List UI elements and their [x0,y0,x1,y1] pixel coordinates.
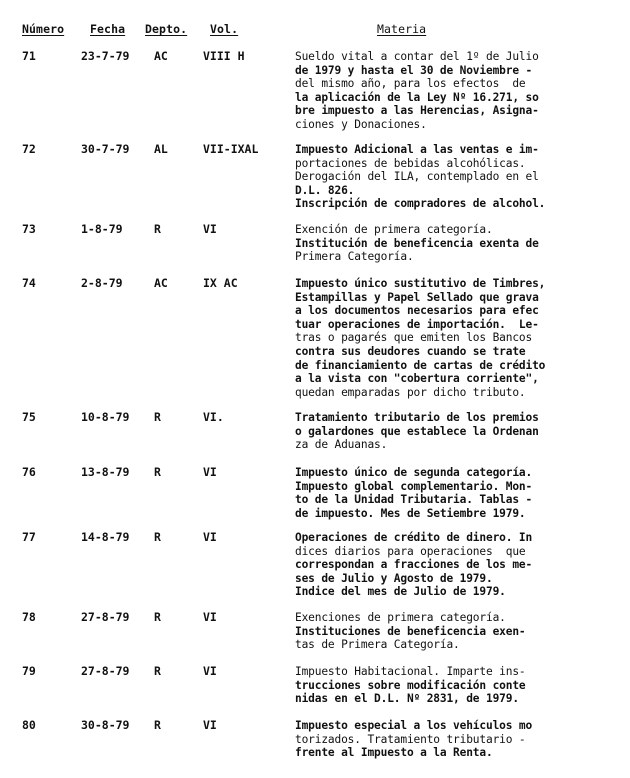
subject-line: de impuesto. Mes de Setiembre 1979. [295,507,625,521]
subject-line: Exenciones de primera categoría. [295,611,625,625]
entry-department: R [154,531,161,545]
entry-number: 77 [22,531,36,545]
entry-number: 71 [22,50,36,64]
subject-line: ciones y Donaciones. [295,118,625,132]
entry-volume: VI [203,466,217,480]
subject-line: correspondan a fracciones de los me- [295,558,625,572]
header-materia: Materia [377,22,426,36]
entry-subject: Impuesto único sustitutivo de Timbres,Es… [295,277,625,399]
entry-department: R [154,665,161,679]
subject-line: contra sus deudores cuando se trate [295,345,625,359]
subject-line: ses de Julio y Agosto de 1979. [295,572,625,586]
entry-date: 1-8-79 [81,223,123,237]
subject-line: quedan emparadas por dicho tributo. [295,386,625,400]
subject-line: Institución de beneficencia exenta de [295,237,625,251]
subject-line: Instituciones de beneficencia exen- [295,625,625,639]
subject-line: Impuesto global complementario. Mon- [295,480,625,494]
entry-date: 23-7-79 [81,50,129,64]
entry-department: R [154,611,161,625]
subject-line: nidas en el D.L. Nº 2831, de 1979. [295,692,625,706]
subject-line: Derogación del ILA, contemplado en el [295,170,625,184]
entry-department: R [154,466,161,480]
entry-volume: VI [203,665,217,679]
subject-line: a la vista con "cobertura corriente", [295,372,625,386]
entry-subject: Impuesto único de segunda categoría.Impu… [295,466,625,520]
subject-line: Tratamiento tributario de los premios [295,411,625,425]
entry-volume: VI. [203,411,224,425]
entry-subject: Impuesto Habitacional. Imparte ins-trucc… [295,665,625,706]
subject-line: tas de Primera Categoría. [295,638,625,652]
header-depto: Depto. [145,22,187,36]
entry-subject: Impuesto especial a los vehículos motori… [295,719,625,760]
entry-department: R [154,411,161,425]
entry-number: 78 [22,611,36,625]
entry-subject: Impuesto Adicional a las ventas e im-por… [295,143,625,211]
entry-department: AC [154,277,168,291]
entry-volume: VI [203,611,217,625]
subject-line: de financiamiento de cartas de crédito [295,359,625,373]
subject-line: Indice del mes de Julio de 1979. [295,585,625,599]
entry-subject: Sueldo vital a contar del 1º de Juliode … [295,50,625,132]
entry-department: R [154,223,161,237]
subject-line: Impuesto especial a los vehículos mo [295,719,625,733]
subject-line: la aplicación de la Ley Nº 16.271, so [295,91,625,105]
entry-number: 80 [22,719,36,733]
entry-number: 76 [22,466,36,480]
subject-line: dices diarios para operaciones que [295,545,625,559]
subject-line: del mismo año, para los efectos de [295,77,625,91]
entry-subject: Exención de primera categoría.Institució… [295,223,625,264]
subject-line: torizados. Tratamiento tributario - [295,733,625,747]
entry-volume: VI [203,719,217,733]
document-page: Número Fecha Depto. Vol. Materia 7123-7-… [0,0,630,778]
entry-number: 79 [22,665,36,679]
entry-subject: Tratamiento tributario de los premioso g… [295,411,625,452]
entry-date: 10-8-79 [81,411,129,425]
entry-date: 14-8-79 [81,531,129,545]
entry-date: 27-8-79 [81,611,129,625]
entry-number: 73 [22,223,36,237]
entry-subject: Exenciones de primera categoría.Instituc… [295,611,625,652]
subject-line: o galardones que establece la Ordenan [295,425,625,439]
subject-line: tras o pagarés que emiten los Bancos [295,331,625,345]
entry-date: 2-8-79 [81,277,123,291]
subject-line: frente al Impuesto a la Renta. [295,746,625,760]
subject-line: tuar operaciones de importación. Le- [295,318,625,332]
entry-subject: Operaciones de crédito de dinero. Indice… [295,531,625,599]
subject-line: portaciones de bebidas alcohólicas. [295,157,625,171]
entry-date: 30-7-79 [81,143,129,157]
entry-number: 75 [22,411,36,425]
subject-line: Exención de primera categoría. [295,223,625,237]
subject-line: bre impuesto a las Herencias, Asigna- [295,104,625,118]
header-vol: Vol. [210,22,238,36]
entry-department: AC [154,50,168,64]
subject-line: Impuesto único de segunda categoría. [295,466,625,480]
entry-number: 74 [22,277,36,291]
entry-department: R [154,719,161,733]
header-numero: Número [22,22,64,36]
entry-department: AL [154,143,168,157]
subject-line: a los documentos necesarios para efec [295,304,625,318]
entry-date: 30-8-79 [81,719,129,733]
entry-volume: VI [203,223,217,237]
entry-volume: VI [203,531,217,545]
subject-line: Impuesto Adicional a las ventas e im- [295,143,625,157]
subject-line: Estampillas y Papel Sellado que grava [295,291,625,305]
subject-line: trucciones sobre modificación conte [295,679,625,693]
subject-line: za de Aduanas. [295,438,625,452]
entry-volume: IX AC [203,277,238,291]
subject-line: D.L. 826. [295,184,625,198]
subject-line: Inscripción de compradores de alcohol. [295,197,625,211]
entry-volume: VII-IXAL [203,143,258,157]
entry-number: 72 [22,143,36,157]
subject-line: Sueldo vital a contar del 1º de Julio [295,50,625,64]
entry-volume: VIII H [203,50,245,64]
subject-line: Operaciones de crédito de dinero. In [295,531,625,545]
subject-line: Impuesto único sustitutivo de Timbres, [295,277,625,291]
subject-line: Primera Categoría. [295,250,625,264]
subject-line: de 1979 y hasta el 30 de Noviembre - [295,64,625,78]
entry-date: 27-8-79 [81,665,129,679]
entry-date: 13-8-79 [81,466,129,480]
subject-line: to de la Unidad Tributaria. Tablas - [295,493,625,507]
subject-line: Impuesto Habitacional. Imparte ins- [295,665,625,679]
header-fecha: Fecha [90,22,125,36]
